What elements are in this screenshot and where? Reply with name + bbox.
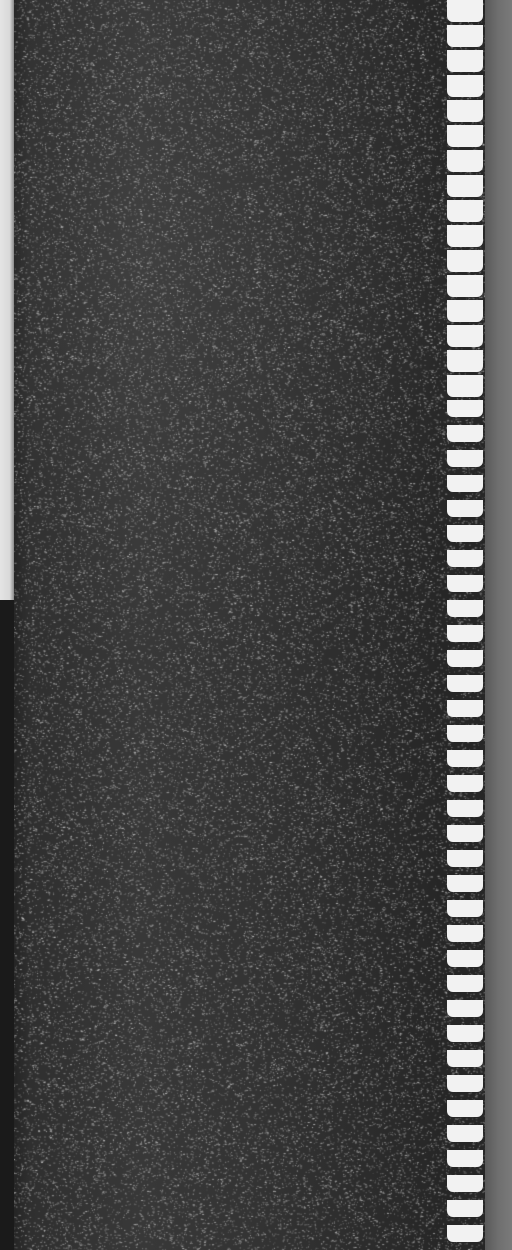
lane-stripe — [447, 250, 483, 272]
lane-stripe — [447, 0, 483, 22]
lane-stripe — [447, 825, 483, 842]
lane-stripe — [447, 1100, 483, 1117]
lane-stripe — [447, 625, 483, 642]
lane-stripe — [447, 475, 483, 492]
lane-stripe — [447, 575, 483, 592]
right-dashed-lane-marking — [447, 0, 485, 1250]
lane-stripe — [447, 500, 483, 517]
lane-stripe — [447, 1125, 483, 1142]
road-shoulder — [485, 0, 512, 1250]
asphalt-texture — [0, 0, 512, 1250]
lane-stripe — [447, 950, 483, 967]
lane-stripe — [447, 175, 483, 197]
lane-stripe — [447, 925, 483, 942]
lane-stripe — [447, 1050, 483, 1067]
lane-stripe — [447, 1075, 483, 1092]
lane-stripe — [447, 800, 483, 817]
lane-stripe — [447, 150, 483, 172]
aerial-road-image — [0, 0, 512, 1250]
lane-stripe — [447, 600, 483, 617]
lane-stripe — [447, 450, 483, 467]
lane-stripe — [447, 675, 483, 692]
lane-stripe — [447, 775, 483, 792]
lane-stripe — [447, 200, 483, 222]
lane-stripe — [447, 725, 483, 742]
lane-stripe — [447, 1150, 483, 1167]
left-dark-edge — [0, 600, 14, 1250]
lane-stripe — [447, 1175, 483, 1192]
lane-stripe — [447, 850, 483, 867]
lane-stripe — [447, 650, 483, 667]
lane-stripe — [447, 425, 483, 442]
lane-stripe — [447, 550, 483, 567]
lane-stripe — [447, 25, 483, 47]
lane-stripe — [447, 50, 483, 72]
lane-stripe — [447, 350, 483, 372]
lane-stripe — [447, 125, 483, 147]
left-solid-edge-line — [0, 0, 14, 600]
lane-stripe — [447, 525, 483, 542]
lane-stripe — [447, 100, 483, 122]
lane-stripe — [447, 875, 483, 892]
lane-stripe — [447, 75, 483, 97]
lane-stripe — [447, 1025, 483, 1042]
lane-stripe — [447, 300, 483, 322]
lane-stripe — [447, 700, 483, 717]
lane-stripe — [447, 400, 483, 417]
lane-stripe — [447, 225, 483, 247]
lane-stripe — [447, 750, 483, 767]
lane-stripe — [447, 1000, 483, 1017]
lane-stripe — [447, 1225, 483, 1242]
lane-stripe — [447, 375, 483, 397]
lane-stripe — [447, 1200, 483, 1217]
lane-stripe — [447, 275, 483, 297]
lane-stripe — [447, 975, 483, 992]
lane-stripe — [447, 325, 483, 347]
lane-stripe — [447, 900, 483, 917]
